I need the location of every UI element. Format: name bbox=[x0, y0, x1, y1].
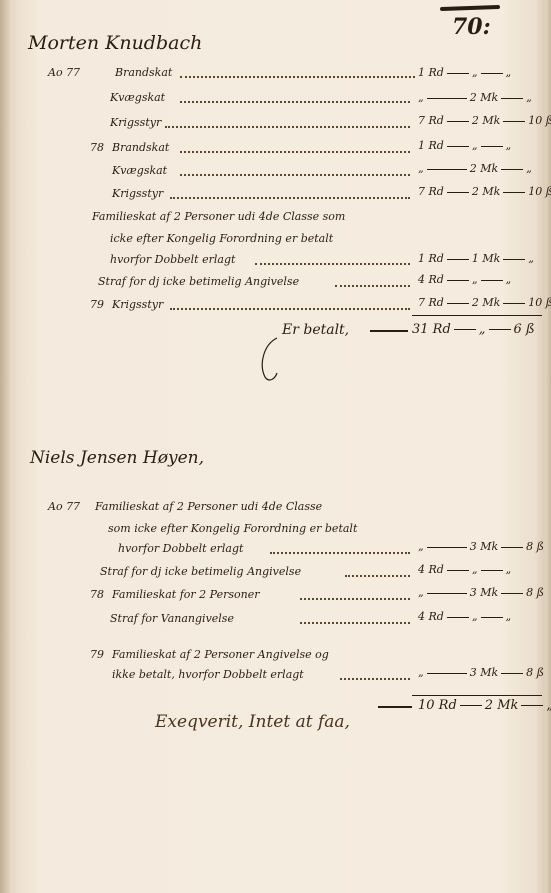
leader-dots bbox=[335, 285, 410, 287]
entry-text: Brandskat bbox=[112, 141, 169, 154]
leader-dots bbox=[165, 126, 410, 128]
entry-year: 78 bbox=[90, 588, 104, 601]
entry-amount-row: „3 Mk8 ß bbox=[418, 666, 544, 679]
entry-text: Familieskat af 2 Personer Angivelse og bbox=[112, 648, 329, 661]
closing-note: Exeqverit, Intet at faa, bbox=[155, 712, 350, 732]
entry-amount-row: 4 Rd„„ bbox=[418, 273, 511, 286]
entry-amount-row: 1 Rd„„ bbox=[418, 66, 511, 79]
entry-text: Krigsstyr bbox=[112, 187, 163, 200]
leader-dots bbox=[345, 575, 410, 577]
leader-dots bbox=[180, 76, 415, 78]
entry-text: Kvægskat bbox=[112, 164, 167, 177]
sum-rule bbox=[412, 315, 542, 316]
entry-year: 79 bbox=[90, 648, 104, 661]
entry-text: Familieskat for 2 Personer bbox=[112, 588, 259, 601]
leader-dots bbox=[300, 622, 410, 624]
leader-dots bbox=[270, 552, 410, 554]
entry-year: Ao 77 bbox=[48, 500, 80, 513]
entry-amount-row: 1 Rd„„ bbox=[418, 139, 511, 152]
total-double-rule bbox=[370, 330, 408, 332]
entry-amount-row: 7 Rd2 Mk10 ß bbox=[418, 185, 551, 198]
leader-dots bbox=[170, 197, 410, 199]
entry-text: Straf for Vanangivelse bbox=[110, 612, 234, 625]
entry-amount-row: „2 Mk„ bbox=[418, 91, 532, 104]
total-double-rule bbox=[378, 706, 412, 708]
entry-year: Ao 77 bbox=[48, 66, 80, 79]
sum-rule bbox=[412, 695, 542, 696]
account-name-2: Niels Jensen Høyen, bbox=[30, 448, 204, 468]
entry-text: Familieskat af 2 Personer udi 4de Classe… bbox=[92, 210, 345, 223]
total-label: Er betalt, bbox=[282, 322, 349, 338]
entry-amount-row: „3 Mk8 ß bbox=[418, 540, 544, 553]
entry-text: hvorfor Dobbelt erlagt bbox=[110, 253, 235, 266]
entry-text: Familieskat af 2 Personer udi 4de Classe bbox=[95, 500, 322, 513]
page-edge-right bbox=[545, 0, 551, 893]
total-amount-row: 31 Rd„6 ß bbox=[412, 322, 535, 337]
entry-amount-row: 7 Rd2 Mk10 ß bbox=[418, 296, 551, 309]
entry-text: hvorfor Dobbelt erlagt bbox=[118, 542, 243, 555]
folio-underline bbox=[440, 5, 500, 11]
entry-text: Brandskat bbox=[115, 66, 172, 79]
leader-dots bbox=[180, 174, 410, 176]
entry-year: 79 bbox=[90, 298, 104, 311]
entry-text: som icke efter Kongelig Forordning er be… bbox=[108, 522, 357, 535]
leader-dots bbox=[300, 598, 410, 600]
entry-text: Krigsstyr bbox=[112, 298, 163, 311]
leader-dots bbox=[180, 151, 410, 153]
entry-text: Straf for dj icke betimelig Angivelse bbox=[100, 565, 301, 578]
folio-number: 70: bbox=[452, 14, 491, 40]
entry-text: Kvægskat bbox=[110, 91, 165, 104]
leader-dots bbox=[180, 101, 410, 103]
entry-amount-row: „2 Mk„ bbox=[418, 162, 532, 175]
entry-text: Straf for dj icke betimelig Angivelse bbox=[98, 275, 299, 288]
entry-year: 78 bbox=[90, 141, 104, 154]
leader-dots bbox=[170, 308, 410, 310]
entry-amount-row: 4 Rd„„ bbox=[418, 610, 511, 623]
entry-text: Krigsstyr bbox=[110, 116, 161, 129]
entry-amount-row: 4 Rd„„ bbox=[418, 563, 511, 576]
total-amount-row: 10 Rd2 Mk„ bbox=[418, 698, 551, 713]
entry-amount-row: 1 Rd1 Mk„ bbox=[418, 252, 534, 265]
entry-amount-row: 7 Rd2 Mk10 ß bbox=[418, 114, 551, 127]
page-edge-left bbox=[0, 0, 10, 893]
entry-amount-row: „3 Mk8 ß bbox=[418, 586, 544, 599]
leader-dots bbox=[340, 678, 410, 680]
entry-text: ikke betalt, hvorfor Dobbelt erlagt bbox=[112, 668, 304, 681]
section-end-flourish bbox=[255, 335, 285, 385]
entry-text: icke efter Kongelig Forordning er betalt bbox=[110, 232, 333, 245]
account-name-1: Morten Knudbach bbox=[28, 32, 202, 54]
leader-dots bbox=[255, 263, 410, 265]
